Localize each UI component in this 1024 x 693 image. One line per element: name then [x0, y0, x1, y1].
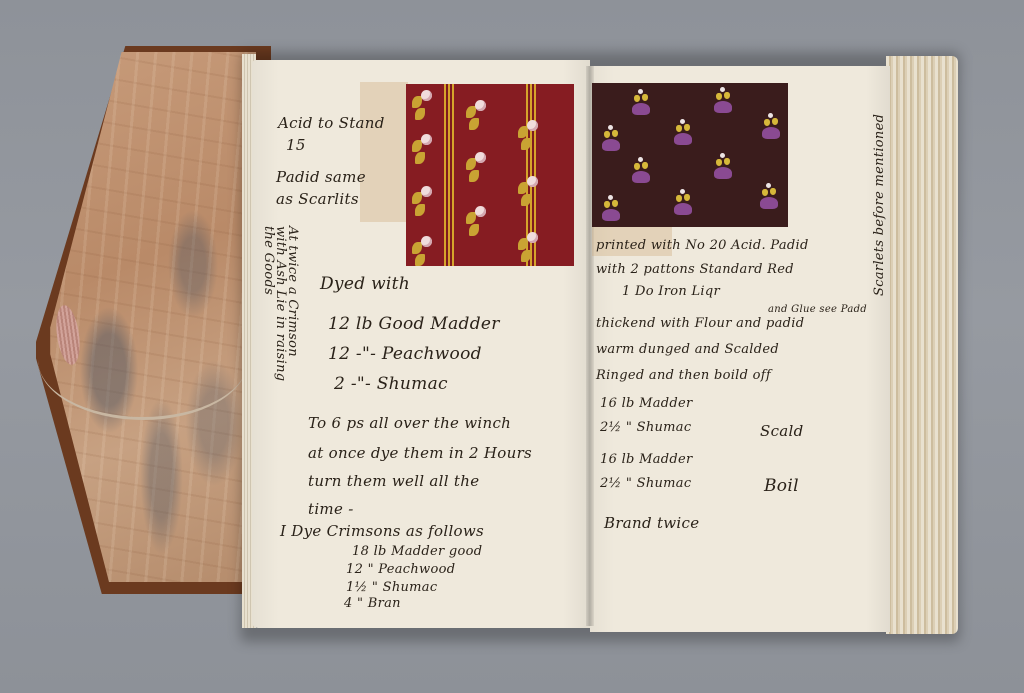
margin-note-vertical: the Goods: [261, 226, 276, 295]
brace-label: Scald: [760, 422, 804, 440]
recipe-line: printed with No 20 Acid. Padid: [596, 238, 809, 253]
crimson-line: 18 lb Madder good: [352, 544, 482, 559]
recipe-line: 16 lb Madder: [600, 396, 693, 411]
recipe-line: 16 lb Madder: [600, 452, 693, 467]
recipe-line: 2 -"- Shumac: [334, 374, 448, 394]
fabric-swatch-red: [406, 84, 574, 266]
recipe-line: with 2 pattons Standard Red: [596, 262, 794, 277]
note-line: as Scarlits: [276, 190, 359, 208]
crimson-title: I Dye Crimsons as follows: [280, 522, 484, 540]
note-line: Padid same: [276, 168, 366, 186]
right-page-edges: [886, 56, 958, 634]
note-line: Acid to Stand: [278, 114, 385, 132]
recipe-line: 12 lb Good Madder: [328, 314, 500, 334]
recipe-line: 2½ " Shumac: [600, 420, 691, 435]
crimson-line: 4 " Bran: [344, 596, 401, 611]
recipe-line: warm dunged and Scalded: [596, 342, 779, 357]
crimson-line: 1½ " Shumac: [346, 580, 437, 595]
fabric-swatch-brown: [592, 83, 788, 227]
crimson-line: 12 " Peachwood: [346, 562, 455, 577]
recipe-line: thickend with Flour and padid: [596, 316, 804, 331]
instruction-line: turn them well all the: [308, 472, 479, 490]
recipe-line: Ringed and then boild off: [596, 368, 771, 383]
recipe-title: Dyed with: [320, 274, 410, 294]
brace-label: Boil: [764, 476, 799, 496]
photo-scene: Acid to Stand 15 Padid same as Scarlits …: [0, 0, 1024, 693]
recipe-line: 12 -"- Peachwood: [328, 344, 482, 364]
recipe-line: 1 Do Iron Liqr: [622, 284, 720, 299]
instruction-line: at once dye them in 2 Hours: [308, 444, 532, 462]
margin-note-vertical: Scarlets before mentioned: [872, 114, 887, 296]
note-line: 15: [286, 136, 306, 154]
recipe-line: 2½ " Shumac: [600, 476, 691, 491]
paste-stain: [360, 82, 408, 222]
insertion-note: and Glue see Padd: [768, 304, 867, 315]
instruction-line: To 6 ps all over the winch: [308, 414, 511, 432]
instruction-line: time -: [308, 500, 354, 518]
recipe-line: Brand twice: [604, 514, 699, 532]
